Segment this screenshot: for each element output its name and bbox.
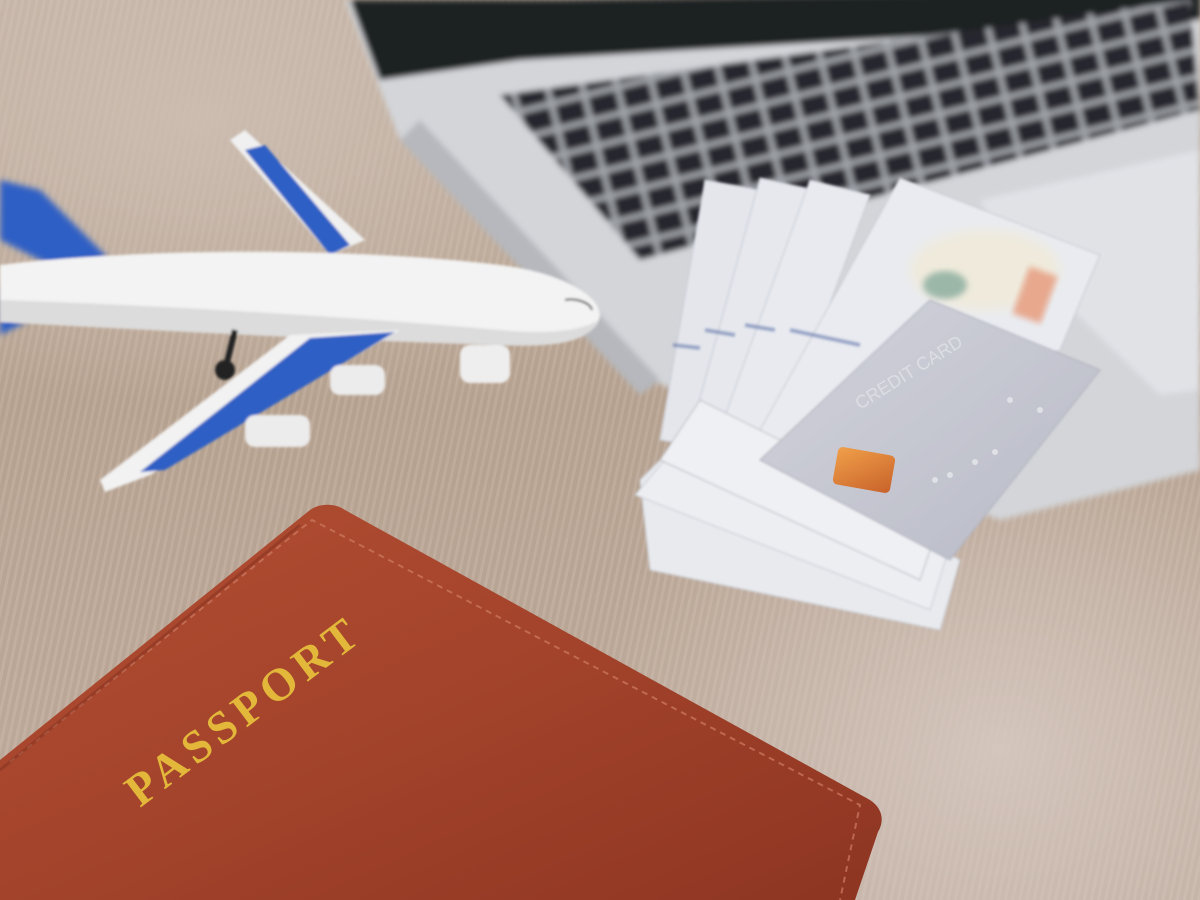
photo-scene: CREDIT CARD: [0, 0, 1200, 900]
scene-illustration: CREDIT CARD: [0, 0, 1200, 900]
